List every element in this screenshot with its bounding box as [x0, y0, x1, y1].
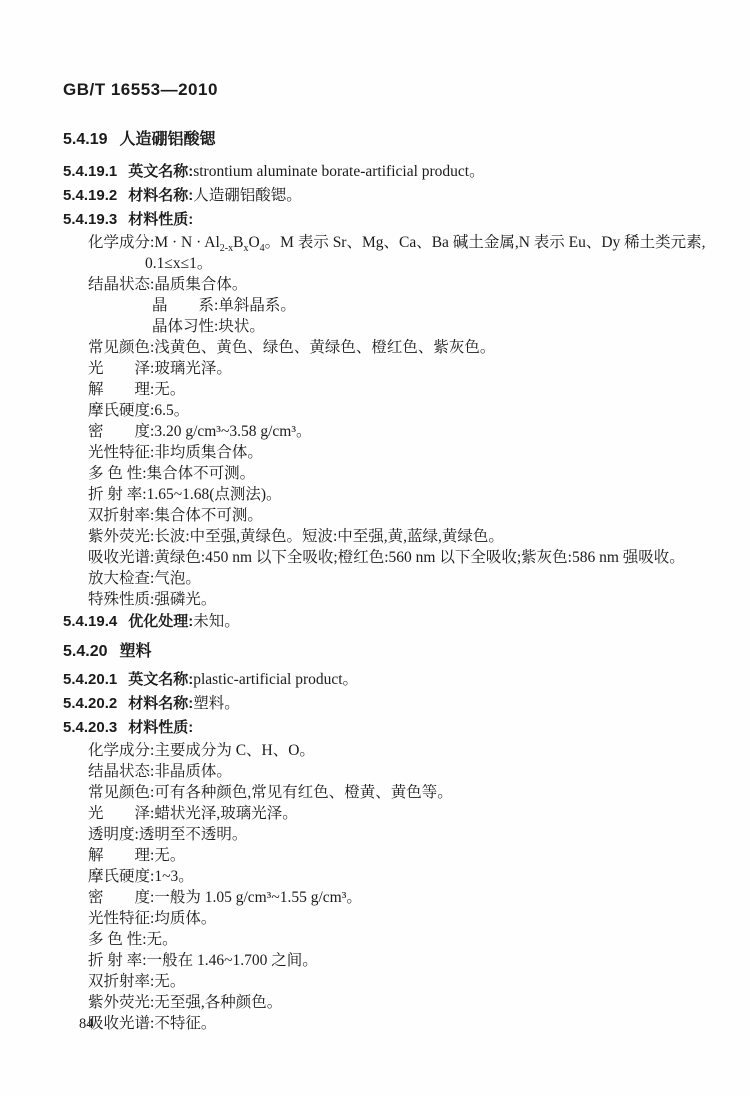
property-value: 气泡。	[154, 570, 201, 587]
property-label: 摩氏硬度:	[88, 402, 154, 419]
property-value: 一般在 1.46~1.700 之间。	[147, 952, 318, 969]
property-crystal-system: 晶 系:单斜晶系。	[152, 295, 750, 316]
property-label: 放大检查:	[88, 570, 154, 587]
section-5-4-20-heading: 5.4.20塑料	[63, 640, 750, 664]
property-uv-fluorescence: 紫外荧光:无至强,各种颜色。	[88, 992, 750, 1013]
property-label: 紫外荧光:	[88, 994, 154, 1011]
property-pleochroism: 多 色 性:无。	[88, 929, 750, 950]
property-value: 无。	[147, 931, 178, 948]
property-value: 玻璃光泽。	[154, 360, 232, 377]
property-value: 可有各种颜色,常见有红色、橙黄、黄色等。	[154, 784, 452, 801]
property-value: 不特征。	[154, 1015, 216, 1032]
property-label: 折 射 率:	[88, 486, 147, 503]
property-label: 折 射 率:	[88, 952, 147, 969]
clause-5-4-19-4: 5.4.19.4优化处理:未知。	[63, 610, 750, 634]
property-label: 密 度:	[88, 423, 154, 440]
property-value: 浅黄色、黄色、绿色、黄绿色、橙红色、紫灰色。	[154, 339, 495, 356]
property-value: 6.5。	[154, 402, 189, 419]
property-cleavage: 解 理:无。	[88, 379, 750, 400]
property-label: 多 色 性:	[88, 465, 147, 482]
property-value: 无至强,各种颜色。	[154, 994, 282, 1011]
section-number: 5.4.19	[63, 128, 107, 152]
clause-number: 5.4.20.2	[63, 692, 117, 716]
formula-continuation: 0.1≤x≤1。	[145, 253, 750, 274]
property-label: 透明度:	[88, 826, 139, 843]
property-label: 摩氏硬度:	[88, 868, 154, 885]
clause-label: 材料名称:	[128, 187, 193, 204]
property-density: 密 度:一般为 1.05 g/cm³~1.55 g/cm³。	[88, 887, 750, 908]
property-uv-fluorescence: 紫外荧光:长波:中至强,黄绿色。短波:中至强,黄,蓝绿,黄绿色。	[88, 526, 750, 547]
property-pleochroism: 多 色 性:集合体不可测。	[88, 463, 750, 484]
property-chemical-composition: 化学成分:主要成分为 C、H、O。	[88, 740, 750, 761]
property-crystal-state: 结晶状态:非晶质体。	[88, 761, 750, 782]
clause-5-4-19-2: 5.4.19.2材料名称:人造硼铝酸锶。	[63, 184, 750, 208]
property-value: 无。	[154, 381, 185, 398]
section-5-4-19-heading: 5.4.19人造硼铝酸锶	[63, 128, 750, 152]
property-value: 集合体不可测。	[147, 465, 256, 482]
property-label: 晶体习性:	[152, 318, 218, 335]
property-value: 。M 表示 Sr、Mg、Ca、Ba 碱土金属,N 表示 Eu、Dy 稀土类元素,	[265, 234, 706, 251]
property-crystal-habit: 晶体习性:块状。	[152, 316, 750, 337]
property-refractive-index: 折 射 率:1.65~1.68(点测法)。	[88, 484, 750, 505]
page-number: 84	[79, 1016, 94, 1033]
clause-number: 5.4.19.4	[63, 610, 117, 634]
property-magnification: 放大检查:气泡。	[88, 568, 750, 589]
section-title: 塑料	[119, 643, 151, 660]
clause-5-4-19-1: 5.4.19.1英文名称:strontium aluminate borate-…	[63, 160, 750, 184]
clause-value: 未知。	[193, 613, 240, 630]
property-label: 化学成分:	[88, 742, 154, 759]
property-value: 单斜晶系。	[218, 297, 296, 314]
property-value: 非晶质体。	[154, 763, 232, 780]
property-value: 主要成分为 C、H、O。	[154, 742, 315, 759]
clause-label: 材料性质:	[128, 211, 193, 228]
clause-5-4-19-3: 5.4.19.3材料性质:	[63, 208, 750, 232]
property-value: 无。	[154, 973, 185, 990]
clause-5-4-20-1: 5.4.20.1英文名称:plastic-artificial product。	[63, 668, 750, 692]
property-value: 黄绿色:450 nm 以下全吸收;橙红色:560 nm 以下全吸收;紫灰色:58…	[154, 549, 684, 566]
property-absorption-spectrum: 吸收光谱:不特征。	[88, 1013, 750, 1034]
property-crystal-state: 结晶状态:晶质集合体。	[88, 274, 750, 295]
property-label: 光 泽:	[88, 360, 154, 377]
property-common-colors: 常见颜色:浅黄色、黄色、绿色、黄绿色、橙红色、紫灰色。	[88, 337, 750, 358]
property-label: 双折射率:	[88, 973, 154, 990]
property-label: 解 理:	[88, 381, 154, 398]
chemical-formula: B	[233, 234, 243, 251]
section-title: 人造硼铝酸锶	[119, 131, 215, 148]
property-label: 光 泽:	[88, 805, 154, 822]
property-value: 晶质集合体。	[154, 276, 247, 293]
property-value: 透明至不透明。	[139, 826, 248, 843]
clause-5-4-20-2: 5.4.20.2材料名称:塑料。	[63, 692, 750, 716]
section-number: 5.4.20	[63, 640, 107, 664]
property-luster: 光 泽:蜡状光泽,玻璃光泽。	[88, 803, 750, 824]
property-value: 长波:中至强,黄绿色。短波:中至强,黄,蓝绿,黄绿色。	[154, 528, 504, 545]
property-value: 一般为 1.05 g/cm³~1.55 g/cm³。	[154, 889, 362, 906]
property-label: 结晶状态:	[88, 276, 154, 293]
property-label: 光性特征:	[88, 444, 154, 461]
clause-number: 5.4.20.3	[63, 716, 117, 740]
clause-value: strontium aluminate borate-artificial pr…	[193, 163, 484, 180]
property-value: 无。	[154, 847, 185, 864]
property-label: 多 色 性:	[88, 931, 147, 948]
property-value: 集合体不可测。	[154, 507, 263, 524]
property-mohs-hardness: 摩氏硬度:6.5。	[88, 400, 750, 421]
clause-5-4-20-3: 5.4.20.3材料性质:	[63, 716, 750, 740]
clause-label: 材料名称:	[128, 695, 193, 712]
property-label: 吸收光谱:	[88, 549, 154, 566]
property-label: 光性特征:	[88, 910, 154, 927]
property-label: 密 度:	[88, 889, 154, 906]
property-mohs-hardness: 摩氏硬度:1~3。	[88, 866, 750, 887]
property-absorption-spectrum: 吸收光谱:黄绿色:450 nm 以下全吸收;橙红色:560 nm 以下全吸收;紫…	[88, 547, 750, 568]
property-value: 1~3。	[154, 868, 193, 885]
property-value: 1.65~1.68(点测法)。	[147, 486, 282, 503]
clause-value: 塑料。	[193, 695, 240, 712]
property-value: 3.20 g/cm³~3.58 g/cm³。	[154, 423, 311, 440]
property-optic-character: 光性特征:非均质集合体。	[88, 442, 750, 463]
property-cleavage: 解 理:无。	[88, 845, 750, 866]
property-label: 常见颜色:	[88, 339, 154, 356]
clause-number: 5.4.20.1	[63, 668, 117, 692]
clause-number: 5.4.19.3	[63, 208, 117, 232]
clause-number: 5.4.19.2	[63, 184, 117, 208]
property-label: 紫外荧光:	[88, 528, 154, 545]
clause-value: plastic-artificial product。	[193, 671, 358, 688]
formula-subscript: 2-x	[220, 243, 233, 254]
clause-label: 材料性质:	[128, 719, 193, 736]
clause-number: 5.4.19.1	[63, 160, 117, 184]
standard-code: GB/T 16553—2010	[63, 80, 218, 100]
clause-value: 人造硼铝酸锶。	[193, 187, 302, 204]
document-body: 5.4.19人造硼铝酸锶 5.4.19.1英文名称:strontium alum…	[0, 128, 750, 1034]
property-birefringence: 双折射率:无。	[88, 971, 750, 992]
clause-label: 优化处理:	[128, 613, 193, 630]
property-chemical-composition: 化学成分:M · N · Al2-xBxO4。M 表示 Sr、Mg、Ca、Ba …	[88, 232, 750, 253]
property-birefringence: 双折射率:集合体不可测。	[88, 505, 750, 526]
property-common-colors: 常见颜色:可有各种颜色,常见有红色、橙黄、黄色等。	[88, 782, 750, 803]
property-value: 蜡状光泽,玻璃光泽。	[154, 805, 297, 822]
property-value: 均质体。	[154, 910, 216, 927]
property-value: 非均质集合体。	[154, 444, 263, 461]
property-label: 结晶状态:	[88, 763, 154, 780]
property-density: 密 度:3.20 g/cm³~3.58 g/cm³。	[88, 421, 750, 442]
document-page: GB/T 16553—2010 5.4.19人造硼铝酸锶 5.4.19.1英文名…	[0, 0, 750, 1095]
property-label: 解 理:	[88, 847, 154, 864]
property-value: 强磷光。	[154, 591, 216, 608]
property-value: 块状。	[218, 318, 265, 335]
clause-label: 英文名称:	[128, 671, 193, 688]
property-label: 吸收光谱:	[88, 1015, 154, 1032]
property-label: 特殊性质:	[88, 591, 154, 608]
clause-label: 英文名称:	[128, 163, 193, 180]
chemical-formula: O	[248, 234, 259, 251]
property-transparency: 透明度:透明至不透明。	[88, 824, 750, 845]
property-special-property: 特殊性质:强磷光。	[88, 589, 750, 610]
property-refractive-index: 折 射 率:一般在 1.46~1.700 之间。	[88, 950, 750, 971]
property-label: 双折射率:	[88, 507, 154, 524]
property-luster: 光 泽:玻璃光泽。	[88, 358, 750, 379]
property-label: 晶 系:	[152, 297, 218, 314]
chemical-formula: M · N · Al	[154, 234, 219, 251]
property-label: 化学成分:	[88, 234, 154, 251]
property-label: 常见颜色:	[88, 784, 154, 801]
property-optic-character: 光性特征:均质体。	[88, 908, 750, 929]
